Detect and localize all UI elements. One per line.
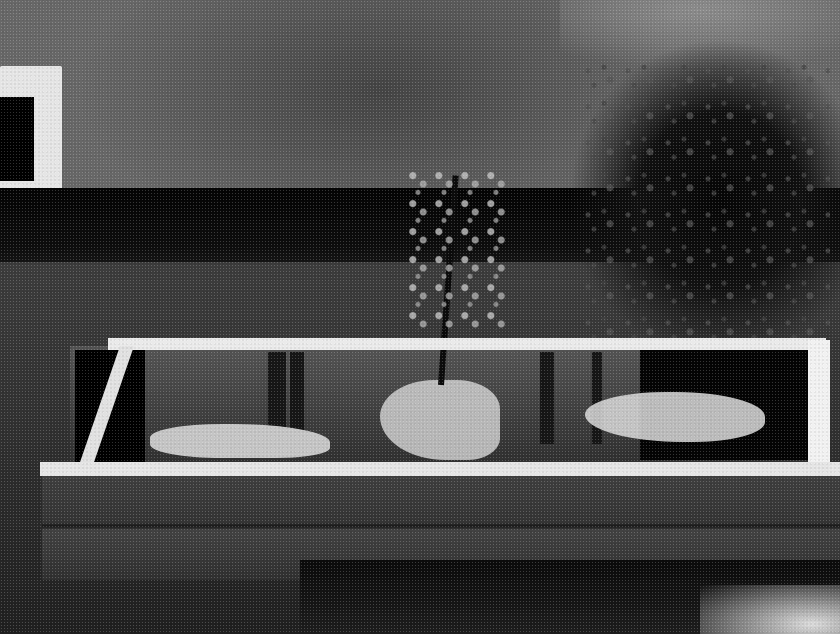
photograph: An open rectangular wooden box/crate wit… xyxy=(0,0,840,634)
film-grain xyxy=(0,0,840,634)
